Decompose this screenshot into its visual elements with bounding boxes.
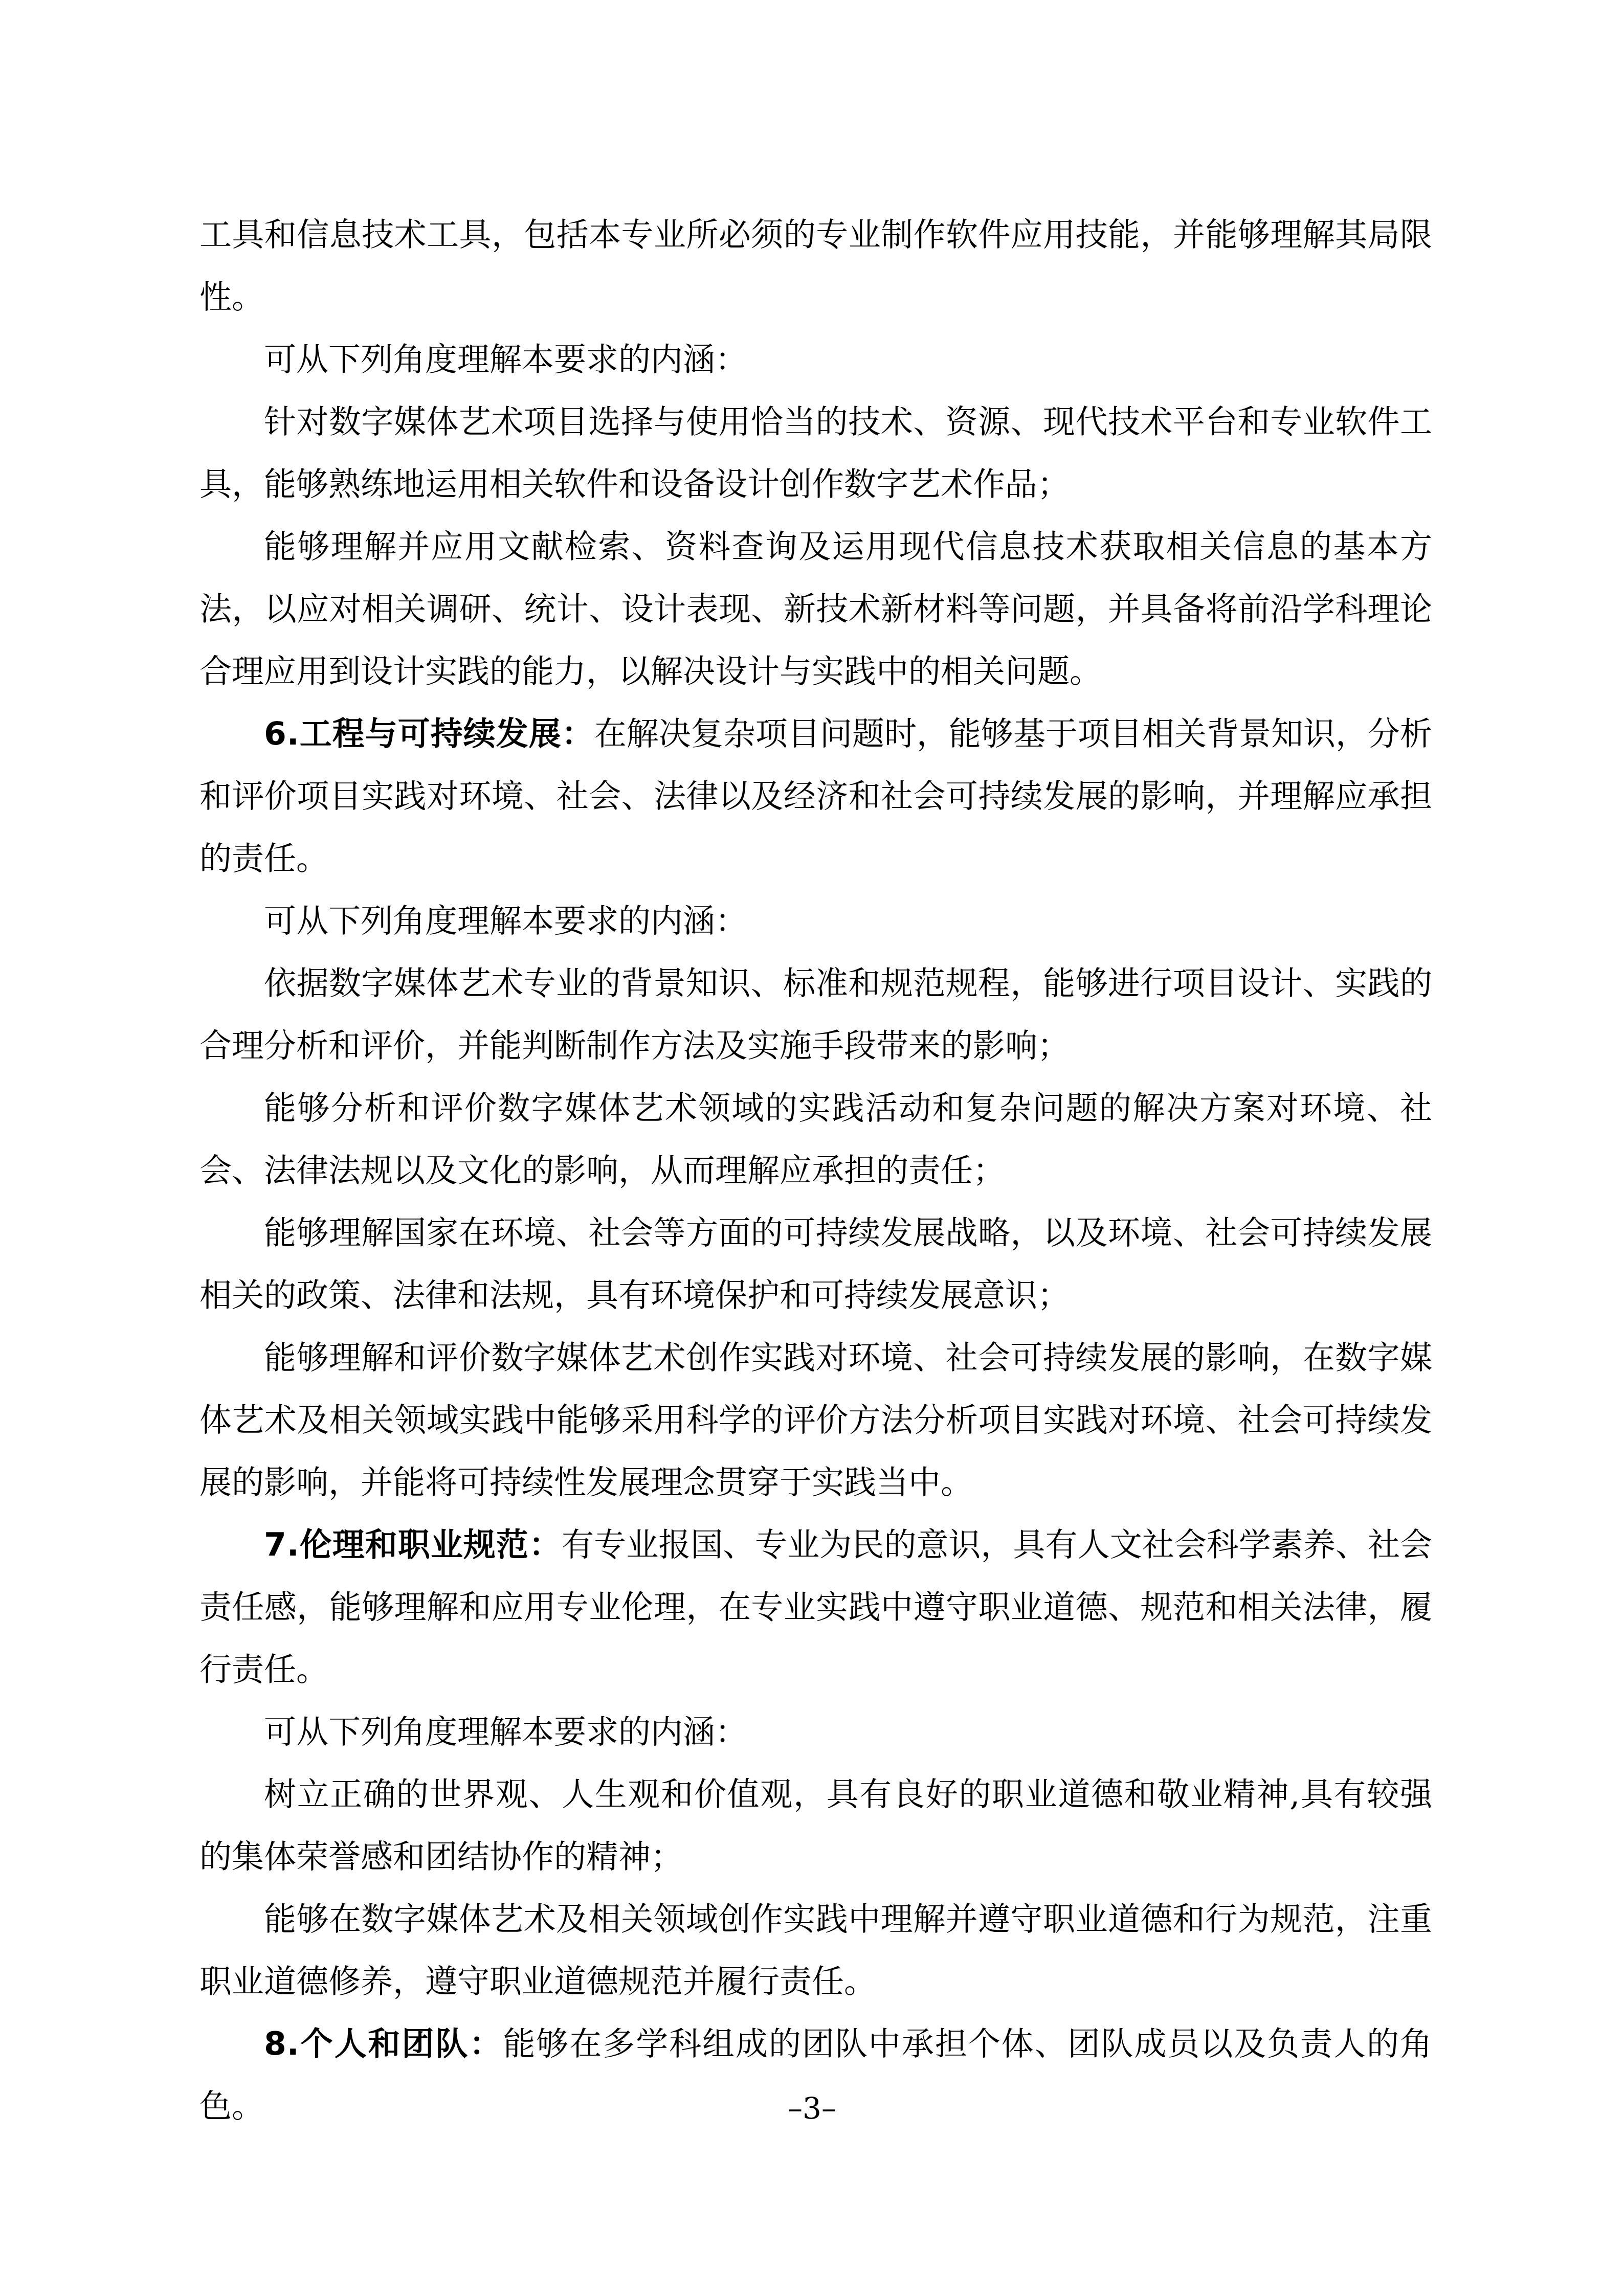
paragraph: 可从下列角度理解本要求的内涵： [199, 890, 1432, 952]
paragraph-text: 树立正确的世界观、人生观和价值观，具有良好的职业道德和敬业精神,具有较强的集体荣… [199, 1775, 1432, 1875]
paragraph-text: 可从下列角度理解本要求的内涵： [264, 1713, 747, 1750]
paragraph: 6.工程与可持续发展：在解决复杂项目问题时，能够基于项目相关背景知识，分析和评价… [199, 703, 1432, 890]
paragraph: 可从下列角度理解本要求的内涵： [199, 328, 1432, 391]
paragraph-text: 能够分析和评价数字媒体艺术领域的实践活动和复杂问题的解决方案对环境、社会、法律法… [199, 1089, 1432, 1189]
paragraph: 能够理解并应用文献检索、资料查询及运用现代信息技术获取相关信息的基本方法，以应对… [199, 515, 1432, 703]
paragraph: 能够在数字媒体艺术及相关领域创作实践中理解并遵守职业道德和行为规范，注重职业道德… [199, 1888, 1432, 2013]
paragraph: 可从下列角度理解本要求的内涵： [199, 1701, 1432, 1763]
paragraph: 7.伦理和职业规范：有专业报国、专业为民的意识，具有人文社会科学素养、社会责任感… [199, 1514, 1432, 1701]
page-number: –3– [0, 2090, 1624, 2126]
paragraph-text: 能够理解国家在环境、社会等方面的可持续发展战略，以及环境、社会可持续发展相关的政… [199, 1214, 1432, 1314]
paragraph: 针对数字媒体艺术项目选择与使用恰当的技术、资源、现代技术平台和专业软件工具，能够… [199, 391, 1432, 515]
paragraph-text: 能够在数字媒体艺术及相关领域创作实践中理解并遵守职业道德和行为规范，注重职业道德… [199, 1900, 1432, 2000]
paragraph: 能够理解和评价数字媒体艺术创作实践对环境、社会可持续发展的影响，在数字媒体艺术及… [199, 1326, 1432, 1514]
text-content: 工具和信息技术工具，包括本专业所必须的专业制作软件应用技能，并能够理解其局限性。… [199, 204, 1432, 2137]
paragraph-text: 针对数字媒体艺术项目选择与使用恰当的技术、资源、现代技术平台和专业软件工具，能够… [199, 403, 1432, 503]
section-heading: 6.工程与可持续发展： [264, 715, 594, 752]
paragraph: 依据数字媒体艺术专业的背景知识、标准和规范规程，能够进行项目设计、实践的合理分析… [199, 952, 1432, 1077]
paragraph-text: 工具和信息技术工具，包括本专业所必须的专业制作软件应用技能，并能够理解其局限性。 [199, 216, 1432, 316]
paragraph: 能够分析和评价数字媒体艺术领域的实践活动和复杂问题的解决方案对环境、社会、法律法… [199, 1077, 1432, 1202]
paragraph-text: 能够理解和评价数字媒体艺术创作实践对环境、社会可持续发展的影响，在数字媒体艺术及… [199, 1339, 1432, 1501]
section-heading: 8.个人和团队： [264, 2025, 503, 2062]
section-heading: 7.伦理和职业规范： [264, 1526, 562, 1563]
document-page: 工具和信息技术工具，包括本专业所必须的专业制作软件应用技能，并能够理解其局限性。… [0, 0, 1624, 2296]
paragraph-text: 依据数字媒体艺术专业的背景知识、标准和规范规程，能够进行项目设计、实践的合理分析… [199, 964, 1432, 1064]
paragraph: 树立正确的世界观、人生观和价值观，具有良好的职业道德和敬业精神,具有较强的集体荣… [199, 1763, 1432, 1888]
paragraph-text: 可从下列角度理解本要求的内涵： [264, 902, 747, 939]
paragraph: 工具和信息技术工具，包括本专业所必须的专业制作软件应用技能，并能够理解其局限性。 [199, 204, 1432, 328]
paragraph-text: 可从下列角度理解本要求的内涵： [264, 341, 747, 378]
paragraph-text: 能够理解并应用文献检索、资料查询及运用现代信息技术获取相关信息的基本方法，以应对… [199, 528, 1432, 690]
paragraph: 能够理解国家在环境、社会等方面的可持续发展战略，以及环境、社会可持续发展相关的政… [199, 1202, 1432, 1326]
